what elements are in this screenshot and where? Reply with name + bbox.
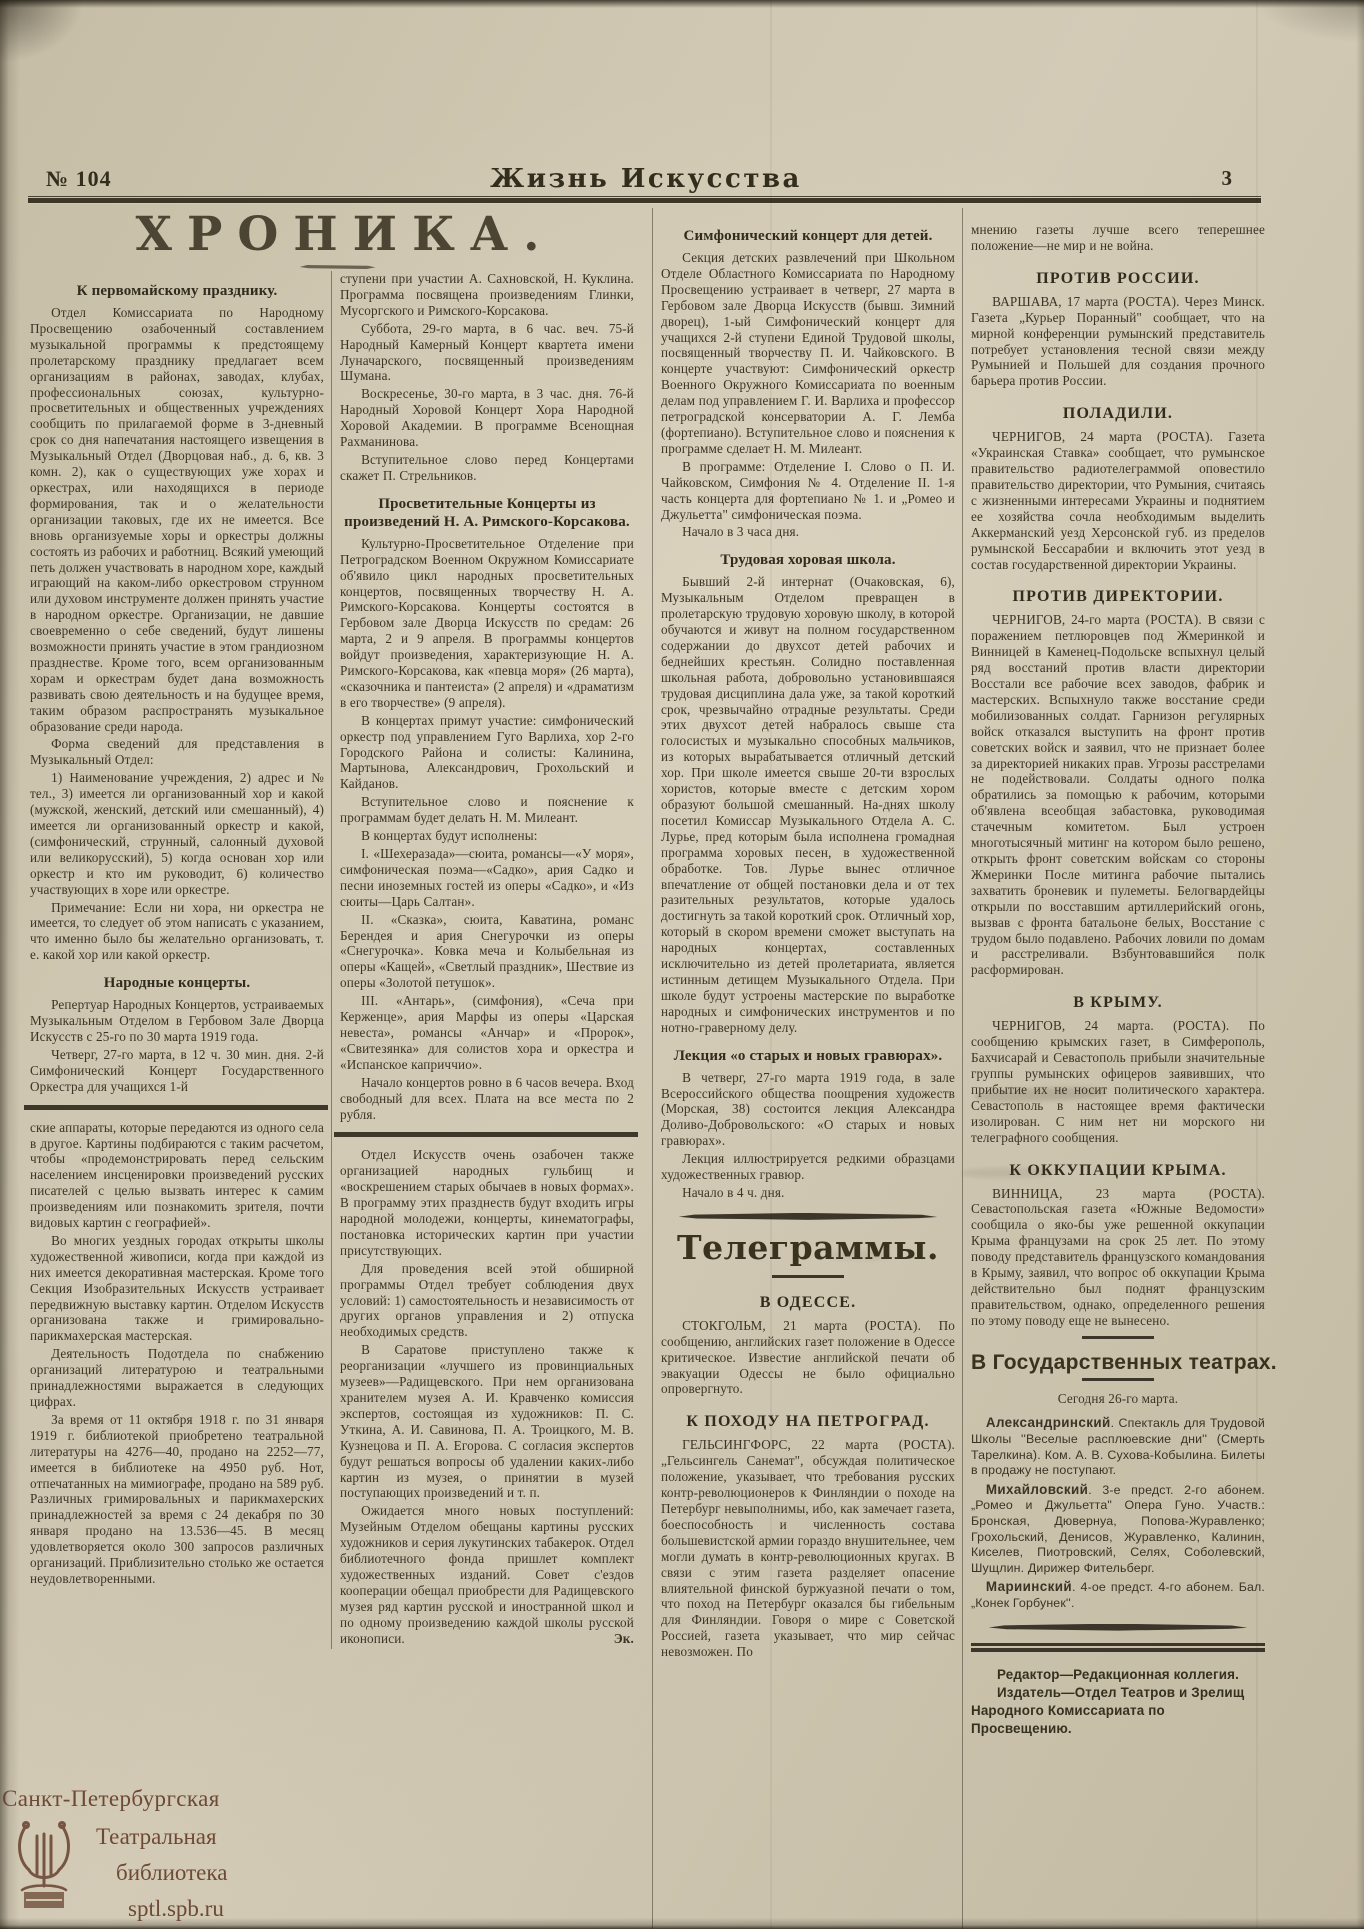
section-rule [24,1105,328,1110]
imprint-line: Редактор—Редакционная коллегия. [971,1666,1265,1684]
imprint-line: Народного Комиссариата по Просвещению. [971,1702,1265,1738]
paragraph: ЧЕРНИГОВ, 24 марта (РОСТА). Газета «Укра… [971,429,1265,572]
paragraph: мнению газеты лучше всего теперешнее пол… [971,222,1265,254]
column-4: мнению газеты лучше всего теперешнее пол… [963,208,1265,1929]
telegram-subheading: В КРЫМУ. [971,993,1265,1012]
theatre-name: Мариинский [986,1579,1072,1594]
section-rule [334,1132,638,1137]
imprint-line: Издатель—Отдел Театров и Зрелищ [971,1684,1265,1702]
paragraph: ступени при участии А. Сахновской, Н. Ку… [340,271,634,319]
paragraph: Репертуар Народных Концертов, устраиваем… [30,997,324,1045]
column-1: К первомайскому празднику.Отдел Комиссар… [30,271,332,1649]
article-subheading: Лекция «о старых и новых гравюрах». [665,1047,951,1065]
stamp-line: Санкт-Петербургская [2,1786,220,1812]
paragraph: Бывший 2-й интернат (Очаковская, 6), Муз… [661,574,955,1035]
paragraph: ВАРШАВА, 17 марта (РОСТА). Через Минск. … [971,294,1265,389]
chronicle-section: ХРОНИКА. К первомайскому празднику.Отдел… [30,208,653,1929]
paper-crease [770,0,772,1929]
paragraph: СТОКГОЛЬМ, 21 марта (РОСТА). По сообщени… [661,1318,955,1398]
newspaper-page: № 104 Жизнь Искусства 3 ХРОНИКА. К перво… [0,0,1364,1929]
paragraph: В четверг, 27-го марта 1919 года, в зале… [661,1070,955,1150]
author-initials: Эк. [593,1631,634,1647]
issue-number: № 104 [46,166,112,192]
paragraph: Начало в 3 часа дня. [661,524,955,540]
paragraph: Для проведения всей этой обширной програ… [340,1261,634,1341]
column-3: Симфонический концерт для детей.Секция д… [653,208,963,1929]
paragraph: Секция детских развлечений при Школьном … [661,250,955,457]
theatre-entry: Мариинский. 4-ое предст. 4-го абонем. Ба… [971,1579,1265,1611]
paragraph: Четверг, 27-го марта, в 12 ч. 30 мин. дн… [30,1047,324,1095]
ink-smudge [962,1168,1052,1178]
section-rule [1082,1336,1154,1339]
paragraph: Воскресенье, 30-го марта, в 3 час. дня. … [340,386,634,450]
paper-crease [1256,0,1258,1929]
masthead-rule [28,196,1261,203]
paragraph: ЧЕРНИГОВ, 24-го марта (РОСТА). В связи с… [971,612,1265,978]
paragraph: За время от 11 октября 1918 г. по 31 янв… [30,1412,324,1587]
telegrams-masthead: Телеграммы. [661,1228,955,1268]
paragraph: В концертах примут участие: симфонически… [340,713,634,793]
theatre-entry: Михайловский. 3-е предст. 2-го абонем. „… [971,1482,1265,1577]
section-rule [772,1275,844,1278]
article-subheading: К первомайскому празднику. [34,282,320,300]
theatre-name: Александринский [986,1415,1111,1430]
lyre-icon [10,1820,80,1912]
paragraph: I. «Шехеразада»—сюита, романсы—«У моря»,… [340,846,634,910]
stamp-url: sptl.spb.ru [128,1896,224,1922]
headline-ornament-icon [300,265,376,269]
paragraph: ВИННИЦА, 23 марта (РОСТА). Севастопольск… [971,1186,1265,1329]
paragraph: Вступительное слово и пояснение к програ… [340,794,634,826]
ink-smudge [830,1250,890,1260]
paragraph: Форма сведений для представления в Музык… [30,736,324,768]
section-rule [989,1624,1248,1631]
paragraph: Отдел Искусств очень озабочен также орга… [340,1147,634,1258]
telegram-subheading: К ПОХОДУ НА ПЕТРОГРАД. [661,1412,955,1431]
section-rule [1082,1378,1154,1381]
telegram-subheading: В ОДЕССЕ. [661,1293,955,1312]
article-subheading: Трудовая хоровая школа. [665,551,951,569]
paragraph: ЧЕРНИГОВ, 24 марта. (РОСТА). По сообщени… [971,1018,1265,1145]
paragraph: В концертах будут исполнены: [340,828,634,844]
page-number: 3 [1222,166,1233,191]
paragraph: Суббота, 29-го марта, в 6 час. веч. 75-й… [340,321,634,385]
paragraph: 1) Наименование учреждения, 2) адрес и №… [30,770,324,897]
paragraph: ГЕЛЬСИНГФОРС, 22 марта (РОСТА). „Гельсин… [661,1437,955,1660]
theatre-entry: Александринский. Спектакль для Трудовой … [971,1415,1265,1478]
paragraph: Во многих уездных городах открыты школы … [30,1233,324,1344]
telegram-subheading: ПРОТИВ РОССИИ. [971,269,1265,288]
paragraph: ские аппараты, которые передаются из одн… [30,1120,324,1231]
state-theatres-heading: В Государственных театрах. [971,1355,1265,1371]
paragraph: II. «Сказка», сюита, Каватина, романс Бе… [340,912,634,992]
chronicle-headline: ХРОНИКА. [30,210,645,260]
paragraph: Ожидается много новых поступлений: Музей… [340,1503,634,1646]
theatre-name: Михайловский [986,1482,1088,1497]
paragraph: Начало концертов ровно в 6 часов вечера.… [340,1075,634,1123]
section-rule [679,1213,938,1220]
article-subheading: Народные концерты. [34,974,320,992]
section-rule [971,1643,1265,1652]
paragraph: Примечание: Если ни хора, ни оркестра не… [30,900,324,964]
paragraph: Культурно-Просветительное Отделение при … [340,536,634,711]
paragraph: Начало в 4 ч. дня. [661,1185,955,1201]
article-subheading: Симфонический концерт для детей. [665,227,951,245]
column-layout: ХРОНИКА. К первомайскому празднику.Отдел… [30,208,1262,1929]
paragraph: III. «Антарь», (симфония), «Сеча при Кер… [340,993,634,1073]
paragraph: Лекция иллюстрируется редкими образцами … [661,1151,955,1183]
telegram-subheading: ПРОТИВ ДИРЕКТОРИИ. [971,587,1265,606]
date-line: Сегодня 26-го марта. [971,1391,1265,1407]
paragraph: Деятельность Подотдела по снабжению орга… [30,1346,324,1410]
paragraph: В программе: Отделение I. Слово о П. И. … [661,459,955,523]
column-2: ступени при участии А. Сахновской, Н. Ку… [332,271,634,1649]
stamp-line: Театральная [96,1824,217,1850]
paragraph: Вступительное слово перед Концертами ска… [340,452,634,484]
library-stamp: Санкт-Петербургская Театральная библиоте… [2,1786,302,1928]
stamp-line: библиотека [116,1860,227,1886]
article-subheading: Просветительные Концерты из произведений… [344,495,630,531]
telegram-subheading: ПОЛАДИЛИ. [971,404,1265,423]
paragraph: В Саратове приступлено также к реорганиз… [340,1342,634,1501]
masthead: № 104 Жизнь Искусства 3 [30,164,1262,194]
newspaper-title: Жизнь Искусства [490,164,802,194]
paragraph: Отдел Комиссариата по Народному Просвеще… [30,305,324,734]
